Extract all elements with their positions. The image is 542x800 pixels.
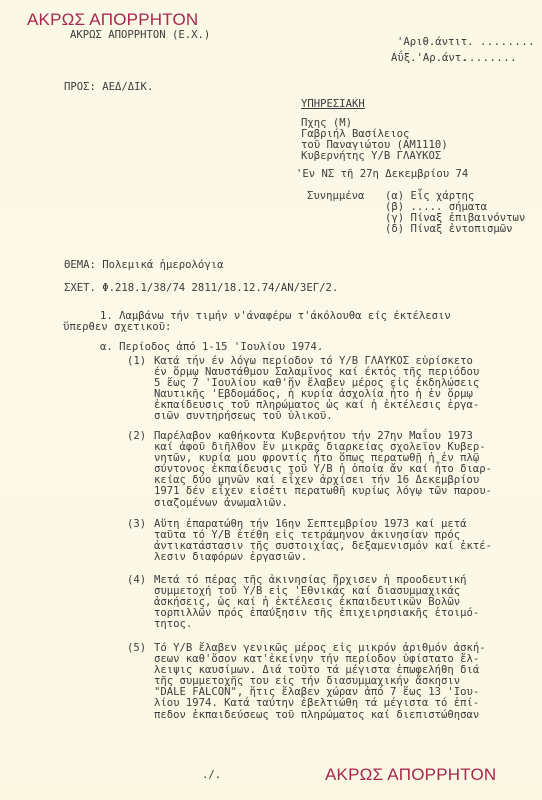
- section-a-heading: α. Περίοδος ἀπό 1-15 'Ιουλίου 1974.: [100, 342, 323, 353]
- numbered-item: (3) Αὕτη ἐπαρατώθη τήν 16ην Σεπτεμβρίου …: [127, 519, 153, 563]
- item-body: Μετά τό πέρας τῆς ἀκινησίας ἤρχισεν ἡ πρ…: [154, 575, 479, 630]
- recipient: ΠΡΟΣ: ΑΕΔ/ΔΙΚ.: [64, 82, 153, 93]
- place-date: 'Εν ΝΣ τῆ 27η Δεκεμβρίου 74: [296, 169, 468, 180]
- copy-number-label: 'Αριθ.άντιτ.: [397, 37, 474, 48]
- paragraph-1-line-2: ὕπερθεν σχετικοῦ:: [63, 322, 171, 333]
- item-body: Τό Υ/Β ἔλαβεν γενικῶς μέρος εἰς μικρόν ἀ…: [154, 643, 486, 721]
- reference-line: ΣΧΕΤ. Φ.218.1/38/74 2811/18.12.74/ΑΝ/3ΕΓ…: [64, 283, 338, 294]
- subject-line: ΘΕΜΑ: Πολεμικά ἡμερολόγια: [64, 260, 223, 271]
- item-body: Αὕτη ἐπαρατώθη τήν 16ην Σεπτεμβρίου 1973…: [154, 519, 492, 563]
- document-page: ΑΚΡΩΣ ΑΠΟΡΡΗΤΟΝ ΑΚΡΩΣ ΑΠΟΡΡΗΤΟΝ (Ε.Χ.) '…: [0, 0, 542, 800]
- numbered-item: (4) Μετά τό πέρας τῆς ἀκινησίας ἤρχισεν …: [127, 575, 153, 619]
- classification-line: ΑΚΡΩΣ ΑΠΟΡΡΗΤΟΝ (Ε.Χ.): [70, 30, 210, 41]
- item-number: (3): [127, 519, 146, 530]
- numbered-item: (5) Τό Υ/Β ἔλαβεν γενικῶς μέρος εἰς μικρ…: [127, 643, 153, 687]
- continuation-mark: ./.: [202, 770, 221, 781]
- attachments-label: Συνημμένα: [307, 191, 364, 202]
- serial-number-value: ........: [462, 53, 517, 64]
- numbered-item: (1) Κατά τήν έν λόγω περίοδον τό Υ/Β ΓΛΑ…: [127, 356, 153, 400]
- serial-number-label: Αΰξ.'Αρ.άντ.: [391, 53, 468, 64]
- service-title: ΥΠΗΡΕΣΙΑΚΗ: [301, 99, 365, 110]
- attachment-item: (δ) Πίναξ ἐντοπισμῶν: [385, 224, 513, 235]
- item-number: (4): [127, 575, 146, 586]
- item-number: (1): [127, 356, 146, 367]
- classification-stamp-top: ΑΚΡΩΣ ΑΠΟΡΡΗΤΟΝ: [27, 10, 198, 30]
- item-body: Κατά τήν έν λόγω περίοδον τό Υ/Β ΓΛΑΥΚΟΣ…: [154, 356, 479, 423]
- item-number: (2): [127, 431, 146, 442]
- item-body: Παρέλαβον καθήκοντα Κυβερνήτου τήν 27ην …: [154, 431, 492, 509]
- copy-number-value: ........: [480, 37, 535, 48]
- numbered-item: (2) Παρέλαβον καθήκοντα Κυβερνήτου τήν 2…: [127, 431, 153, 475]
- sender-position: Κυβερνήτης Υ/Β ΓΛΑΥΚΟΣ: [301, 151, 441, 162]
- item-number: (5): [127, 643, 146, 654]
- classification-stamp-bottom: ΑΚΡΩΣ ΑΠΟΡΡΗΤΟΝ: [325, 765, 496, 785]
